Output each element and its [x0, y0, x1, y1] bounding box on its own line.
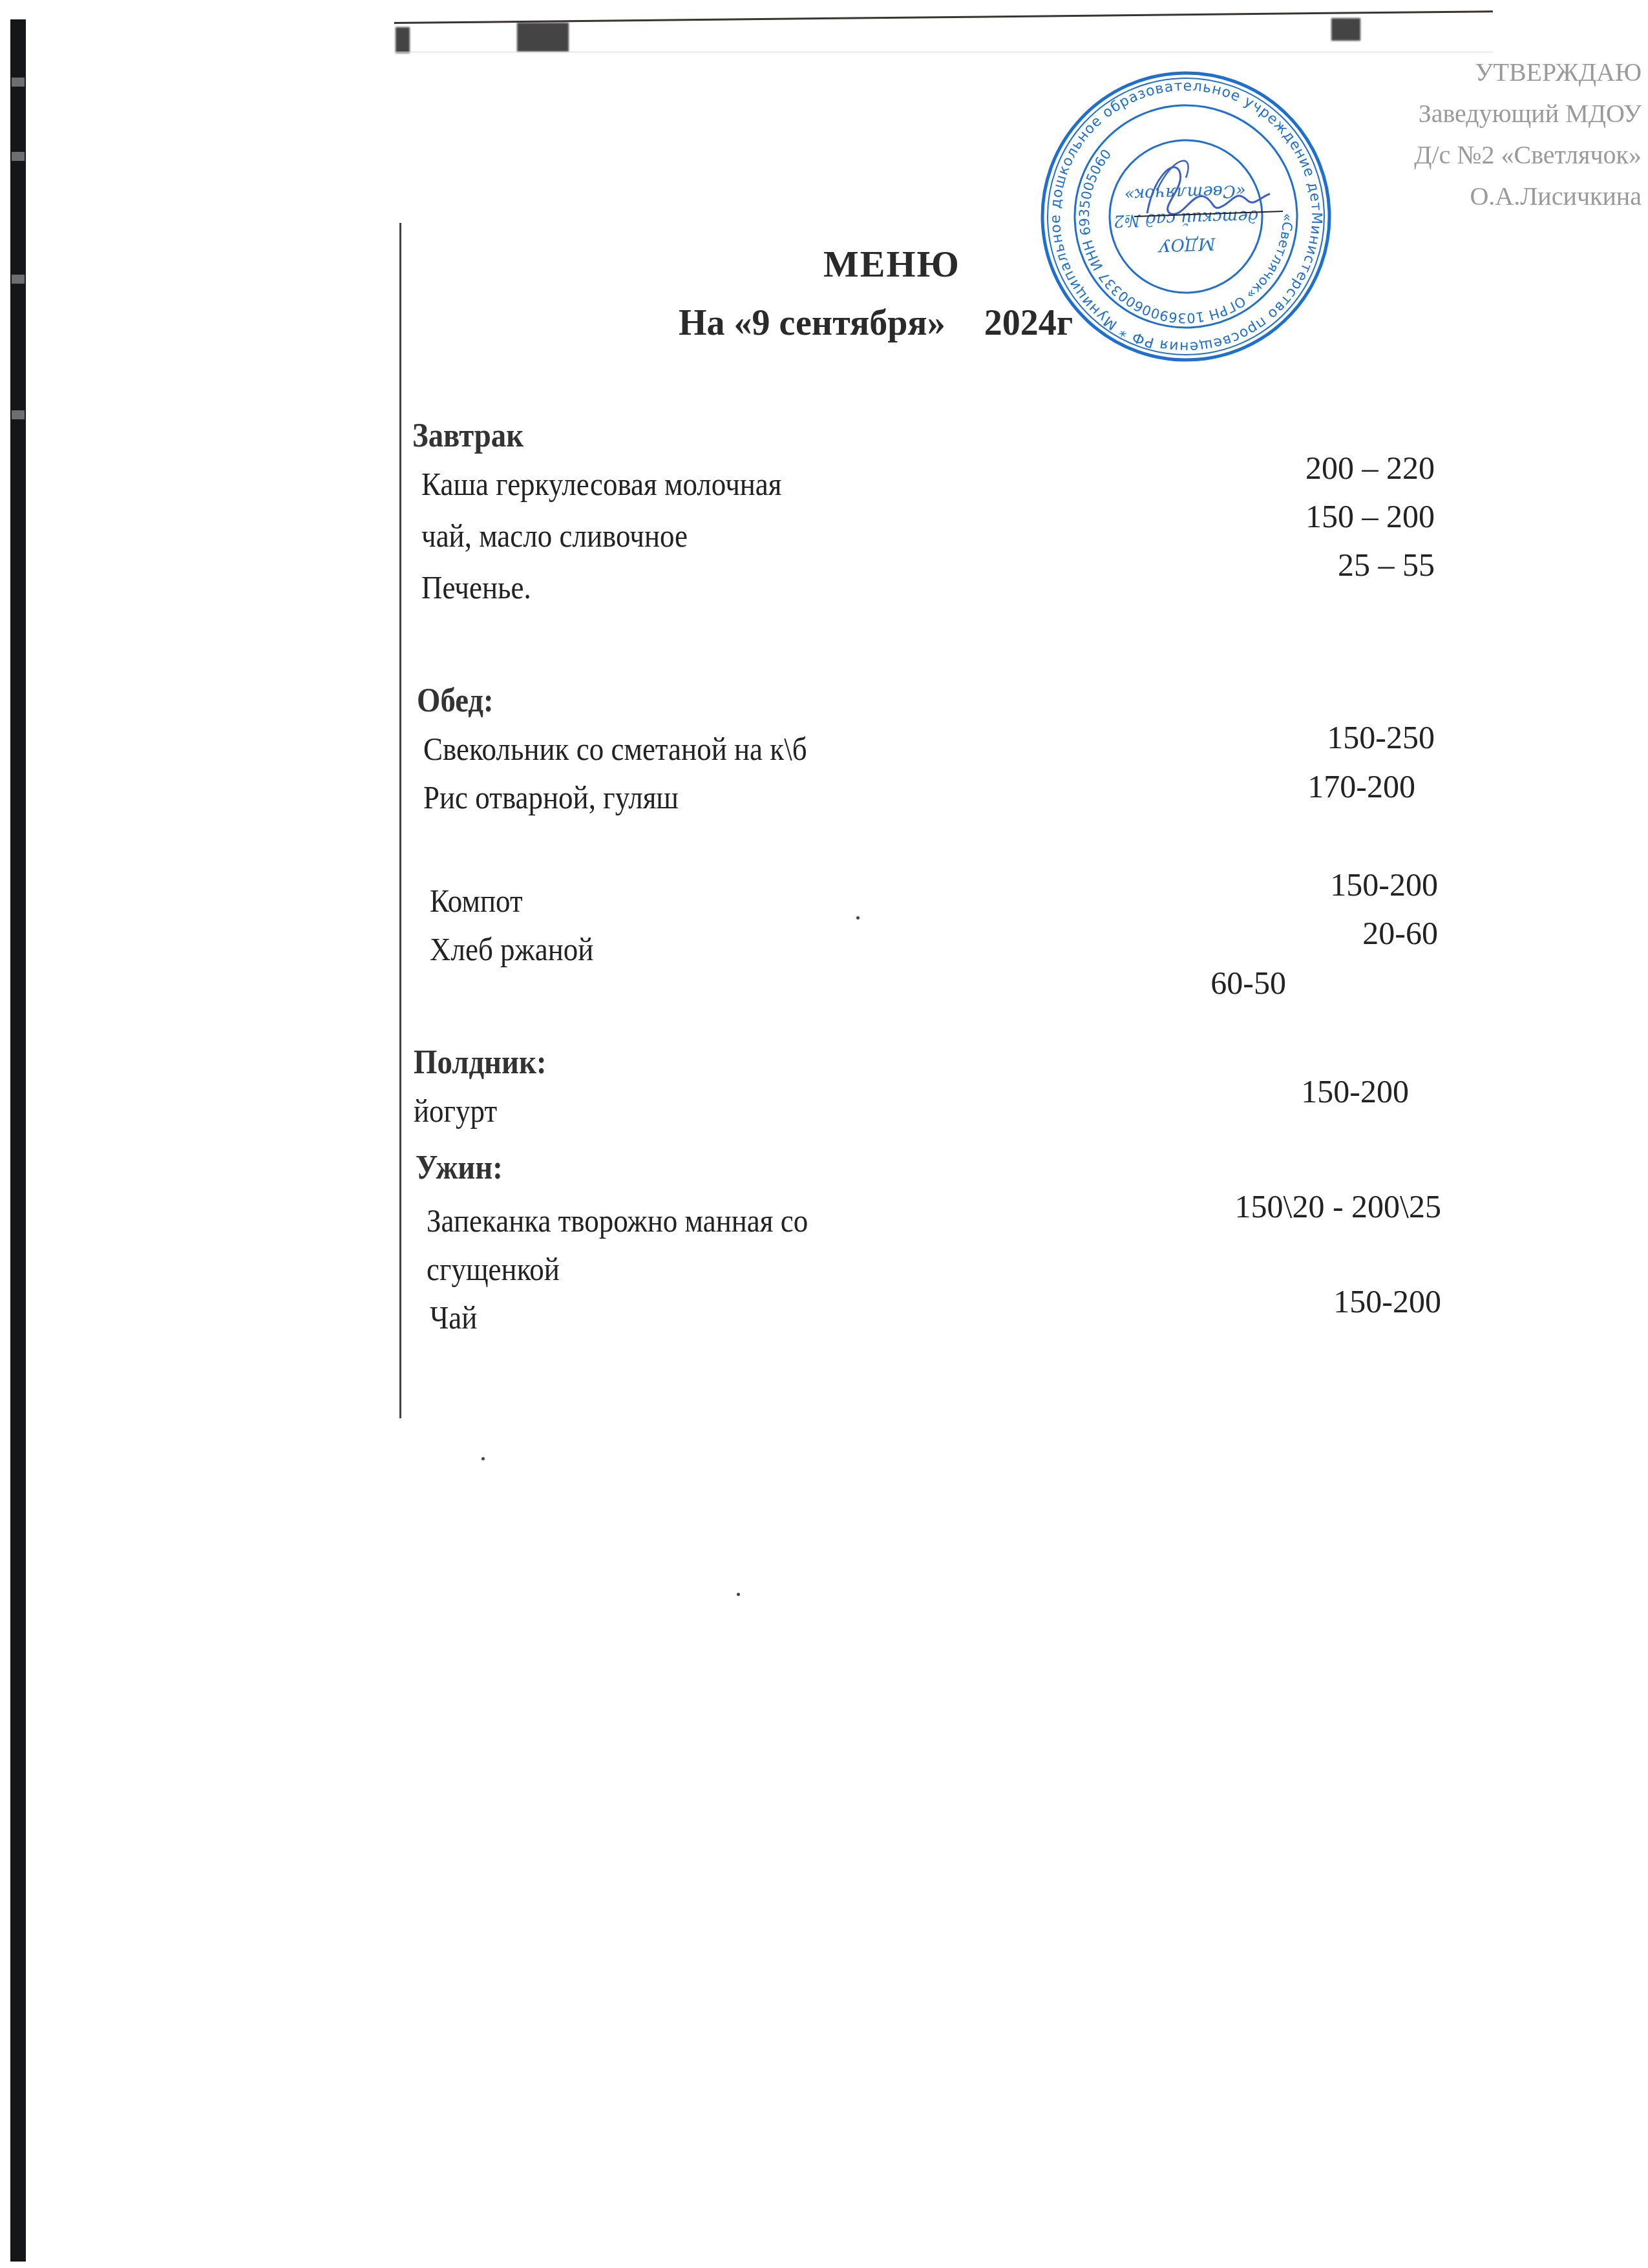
section-title-afternoon-snack: Полдник:	[414, 1044, 547, 1082]
menu-item-qty: 170-200	[1307, 768, 1415, 805]
section-title-dinner: Ужин:	[416, 1149, 503, 1187]
menu-item-qty: 150 – 200	[1305, 498, 1435, 535]
menu-item-qty: 200 – 220	[1305, 449, 1435, 487]
scan-blot	[517, 23, 569, 52]
menu-item-qty: 25 – 55	[1338, 546, 1435, 583]
menu-item-name: Хлеб ржаной	[430, 930, 593, 968]
scan-blot	[1331, 18, 1360, 41]
menu-item-name: йогурт	[414, 1092, 497, 1129]
signature	[1134, 152, 1283, 229]
menu-item-qty: 150-200	[1330, 866, 1438, 903]
menu-item-name: Печенье.	[421, 569, 531, 606]
menu-item-name: Свекольник со сметаной на к\б	[423, 730, 807, 768]
menu-item-name: Запеканка творожно манная со	[427, 1202, 808, 1239]
menu-item-qty: 60-50	[1210, 964, 1286, 1002]
scan-blot	[396, 27, 410, 53]
menu-item-name: чай, масло сливочное	[421, 517, 688, 554]
menu-item-qty: 150-200	[1333, 1283, 1441, 1320]
page-title: МЕНЮ	[0, 242, 1648, 286]
menu-item-qty: 150-250	[1327, 719, 1435, 756]
menu-item-name: сгущенкой	[427, 1250, 560, 1288]
menu-date: На «9 сентября»2024г	[0, 302, 1648, 344]
scan-dot	[856, 916, 860, 919]
section-title-lunch: Обед:	[417, 682, 494, 720]
scan-dot	[737, 1593, 740, 1596]
menu-item-qty: 20-60	[1362, 914, 1438, 952]
menu-date-day: На «9 сентября»	[679, 303, 945, 343]
menu-item-name: Чай	[430, 1299, 477, 1336]
menu-item-qty: 150\20 - 200\25	[1235, 1188, 1441, 1225]
page-top-edge	[394, 10, 1493, 24]
menu-item-name: Компот	[430, 882, 523, 919]
menu-item-qty: 150-200	[1301, 1073, 1409, 1110]
page-left-rule	[399, 223, 401, 1418]
scanner-border	[10, 19, 26, 2262]
signature-icon	[1134, 152, 1283, 229]
menu-item-name: Каша геркулесовая молочная	[421, 465, 782, 503]
scan-dot	[481, 1457, 485, 1460]
section-title-breakfast: Завтрак	[412, 417, 523, 455]
menu-item-name: Рис отварной, гуляш	[423, 779, 679, 816]
stamp-inner-line: МДОУ	[1157, 233, 1216, 255]
